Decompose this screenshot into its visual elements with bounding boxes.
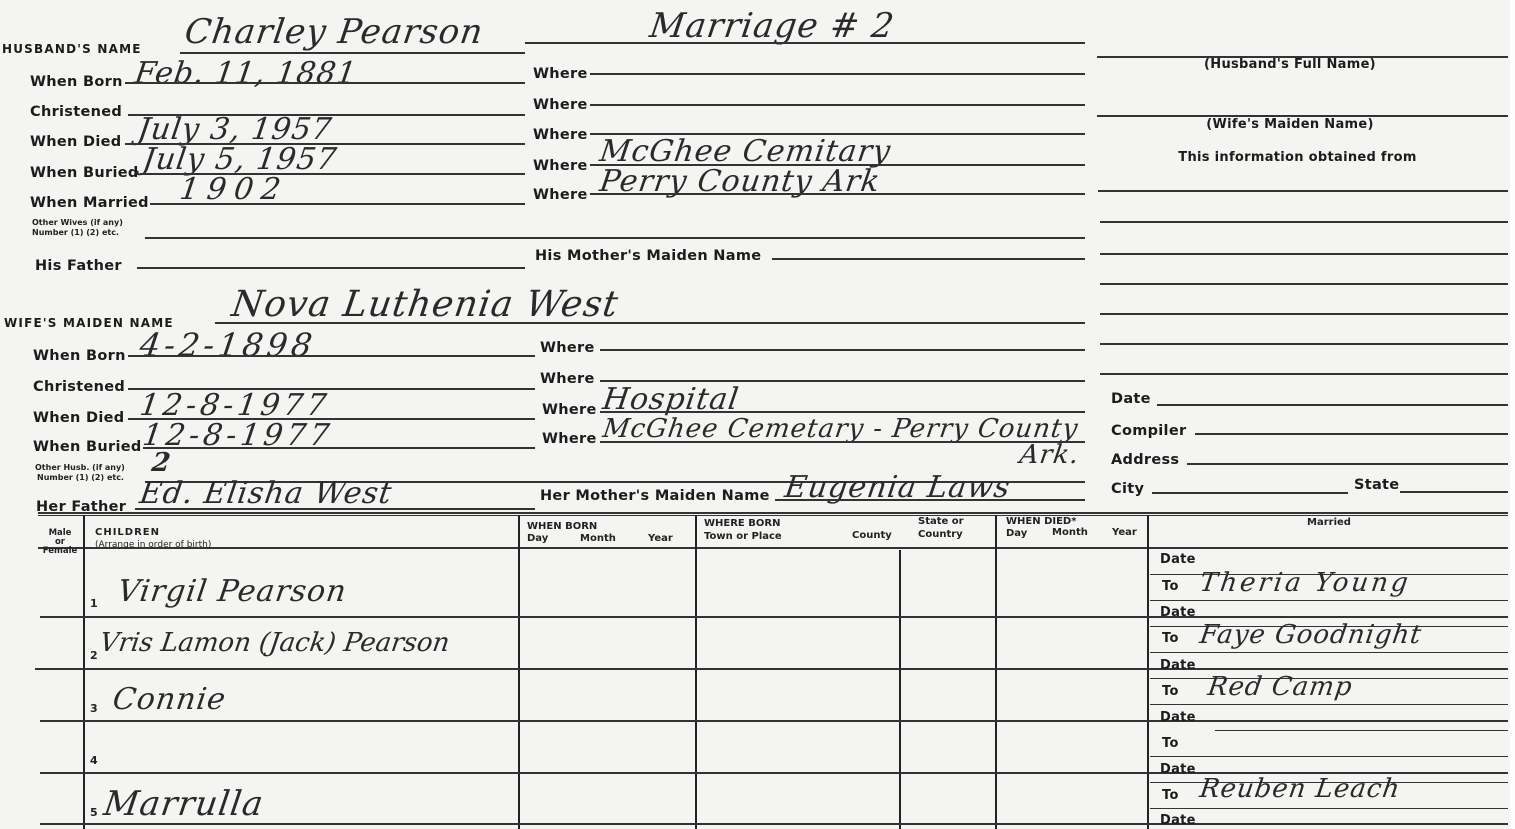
wife-name-value[interactable]: Nova Luthenia West [229, 284, 621, 325]
child-number: 4 [90, 754, 98, 767]
married-to-label: To [1162, 736, 1179, 751]
husband-married-value[interactable]: 1902 [178, 172, 291, 207]
married-to-line-4 [1150, 756, 1508, 757]
married-to-value[interactable]: Theria Young [1198, 568, 1413, 598]
husband-name-line [180, 52, 525, 54]
state-label: State [1354, 477, 1399, 493]
married-date-label: Date [1160, 762, 1196, 777]
her-father-value[interactable]: Ed. Elisha West [138, 476, 395, 511]
header-married: Married [1150, 517, 1508, 529]
husband-christened-label: Christened [30, 104, 122, 120]
compiler-line [1195, 433, 1508, 435]
husband-christened-where-label: Where [533, 97, 588, 113]
husband-died-label: When Died [30, 134, 121, 150]
col-divider-when-died [1147, 515, 1149, 829]
wife-buried-label: When Buried [33, 439, 142, 455]
married-date-line-4 [1215, 730, 1508, 731]
husband-buried-where-label: Where [533, 158, 588, 174]
compiler-date-line [1157, 404, 1508, 406]
married-to-label: To [1162, 788, 1179, 803]
header-children: CHILDREN [95, 527, 160, 539]
husband-born-where-line [590, 73, 1085, 75]
husband-born-label: When Born [30, 74, 123, 90]
married-to-line-2 [1150, 652, 1508, 653]
child-number: 2 [90, 649, 98, 662]
married-date-label: Date [1160, 710, 1196, 725]
wife-born-label: When Born [33, 348, 126, 364]
married-to-line-1 [1150, 600, 1508, 601]
table-top-border-2 [38, 515, 1508, 516]
compiler-date-label: Date [1111, 391, 1151, 407]
child-name[interactable]: Vris Lamon (Jack) Pearson [98, 628, 452, 658]
address-line [1187, 463, 1508, 465]
her-father-line [135, 508, 535, 510]
married-to-value[interactable]: Red Camp [1206, 672, 1355, 702]
wife-buried-where-label: Where [542, 431, 597, 447]
wife-born-where-line [600, 349, 1085, 351]
source-line-6 [1100, 343, 1508, 345]
info-obtained-label: This information obtained from [1100, 150, 1495, 165]
header-born-month: Month [580, 533, 616, 545]
husband-name-line-2 [525, 42, 1085, 44]
header-sex: Male or Female [38, 529, 82, 556]
wife-buried-where-cont: Ark. [1018, 440, 1081, 470]
his-father-line [137, 267, 525, 269]
source-line-4 [1100, 283, 1508, 285]
husband-buried-label: When Buried [30, 165, 139, 181]
married-to-line-3 [1150, 704, 1508, 705]
husband-married-where-line [590, 193, 1085, 195]
wife-christened-where-label: Where [540, 371, 595, 387]
her-mother-label: Her Mother's Maiden Name [540, 488, 770, 504]
state-line [1400, 491, 1508, 493]
table-header-bottom [38, 547, 1508, 549]
other-wives-label: Other Wives (if any) [32, 218, 123, 227]
other-wives-number-label: Number (1) (2) etc. [32, 228, 119, 237]
city-line [1152, 492, 1348, 494]
married-date-label: Date [1160, 813, 1196, 828]
wife-born-where-label: Where [540, 340, 595, 356]
child-name[interactable]: Connie [111, 682, 229, 717]
city-label: City [1111, 481, 1144, 497]
source-line-1 [1098, 190, 1508, 192]
col-divider-when-born [695, 515, 697, 829]
married-to-label: To [1162, 579, 1179, 594]
header-when-born: WHEN BORN [527, 521, 597, 533]
wife-maiden-name-caption: (Wife's Maiden Name) [1100, 117, 1480, 132]
col-divider-sex [83, 515, 85, 829]
married-date-label: Date [1160, 605, 1196, 620]
header-died-day: Day [1006, 528, 1027, 540]
marriage-annotation: Marriage # 2 [647, 6, 897, 46]
wife-name-line [215, 322, 1085, 324]
wife-buried-where-line [600, 441, 1085, 443]
married-to-value[interactable]: Reuben Leach [1198, 774, 1402, 804]
his-mother-line [772, 258, 1085, 260]
her-mother-line [775, 499, 1085, 501]
wife-born-line [128, 355, 535, 357]
header-county: County [852, 530, 892, 542]
row-line-1 [40, 616, 1508, 618]
header-where-born: WHERE BORN [704, 518, 780, 530]
header-born-day: Day [527, 533, 548, 545]
married-date-label: Date [1160, 552, 1196, 567]
husband-christened-where-line [590, 104, 1085, 106]
source-line-5 [1100, 313, 1508, 315]
source-line-2 [1100, 221, 1508, 223]
husband-born-value[interactable]: Feb. 11, 1881 [133, 56, 360, 91]
child-name[interactable]: Virgil Pearson [116, 574, 350, 609]
child-number: 5 [90, 806, 98, 819]
married-to-value[interactable]: Faye Goodnight [1198, 620, 1424, 650]
husband-born-line [125, 82, 525, 84]
other-husb-value[interactable]: 2 [150, 448, 173, 478]
row-line-3 [40, 720, 1508, 722]
husband-born-where-label: Where [533, 66, 588, 82]
other-husb-number-label: Number (1) (2) etc. [37, 473, 124, 482]
header-state-2: Country [918, 529, 963, 541]
married-date-label: Date [1160, 658, 1196, 673]
husband-married-where-label: Where [533, 187, 588, 203]
wife-died-label: When Died [33, 410, 124, 426]
husband-married-label: When Married [30, 195, 149, 211]
husband-married-line [150, 203, 525, 205]
wife-died-where-label: Where [542, 402, 597, 418]
address-label: Address [1111, 452, 1179, 468]
source-line-7 [1100, 373, 1508, 375]
other-husb-label: Other Husb. (if any) [35, 463, 125, 472]
child-name[interactable]: Marrulla [101, 784, 266, 824]
married-to-label: To [1162, 684, 1179, 699]
header-died-month: Month [1052, 527, 1088, 539]
wife-christened-label: Christened [33, 379, 125, 395]
wife-buried-where-value[interactable]: McGhee Cemetary - Perry County [601, 414, 1080, 444]
married-to-label: To [1162, 631, 1179, 646]
col-divider-children [518, 515, 520, 829]
other-wives-line [145, 237, 1085, 239]
wife-died-where-line [600, 411, 1085, 413]
col-divider-where-born [995, 515, 997, 829]
husband-died-where-label: Where [533, 127, 588, 143]
husband-name-value[interactable]: Charley Pearson [182, 12, 486, 52]
header-died-year: Year [1112, 527, 1137, 539]
header-children-sub: (Arrange in order of birth) [95, 539, 211, 551]
col-divider-county [899, 550, 901, 829]
row-line-2 [35, 668, 1508, 670]
table-top-border [38, 512, 1508, 514]
married-to-line-5 [1150, 808, 1508, 809]
header-state-1: State or [918, 516, 964, 528]
wife-born-value[interactable]: 4-2-1898 [137, 326, 318, 364]
husband-full-name-caption: (Husband's Full Name) [1100, 57, 1480, 72]
child-number: 1 [90, 597, 98, 610]
wife-buried-line [143, 447, 535, 449]
header-sex-female: Female [38, 547, 82, 556]
husband-section-label: HUSBAND'S NAME [2, 42, 142, 56]
family-group-sheet: HUSBAND'S NAME Charley Pearson Marriage … [0, 0, 1510, 829]
header-town: Town or Place [704, 531, 782, 543]
header-born-year: Year [648, 533, 673, 545]
source-line-3 [1100, 253, 1508, 255]
child-number: 3 [90, 702, 98, 715]
compiler-label: Compiler [1111, 423, 1186, 439]
his-father-label: His Father [35, 258, 122, 274]
his-mother-label: His Mother's Maiden Name [535, 248, 761, 264]
